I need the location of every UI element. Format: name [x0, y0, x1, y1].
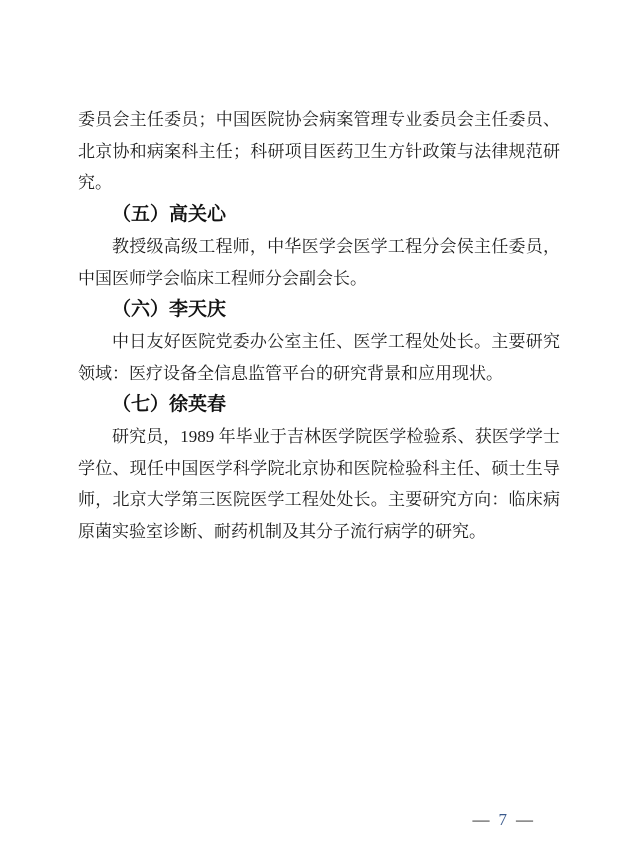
body-paragraph: 委员会主任委员；中国医院协会病案管理专业委员会主任委员、北京协和病案科主任；科研… [78, 104, 560, 199]
body-paragraph: 研究员，1989 年毕业于吉林医学院医学检验系、获医学学士学位、现任中国医学科学… [78, 421, 560, 548]
section-heading: （六）李天庆 [78, 294, 560, 326]
footer-left-dash: — [473, 810, 490, 830]
body-paragraph: 教授级高级工程师，中华医学会医学工程分会侯主任委员，中国医师学会临床工程师分会副… [78, 231, 560, 294]
page-footer: — 7 — [473, 810, 534, 830]
document-page: 委员会主任委员；中国医院协会病案管理专业委员会主任委员、北京协和病案科主任；科研… [0, 0, 627, 863]
section-heading: （五）高关心 [78, 199, 560, 231]
document-body: 委员会主任委员；中国医院协会病案管理专业委员会主任委员、北京协和病案科主任；科研… [78, 104, 560, 548]
body-paragraph: 中日友好医院党委办公室主任、医学工程处处长。主要研究领域：医疗设备全信息监管平台… [78, 326, 560, 389]
page-number: 7 [499, 810, 508, 830]
section-heading: （七）徐英春 [78, 389, 560, 421]
footer-right-dash: — [516, 810, 533, 830]
